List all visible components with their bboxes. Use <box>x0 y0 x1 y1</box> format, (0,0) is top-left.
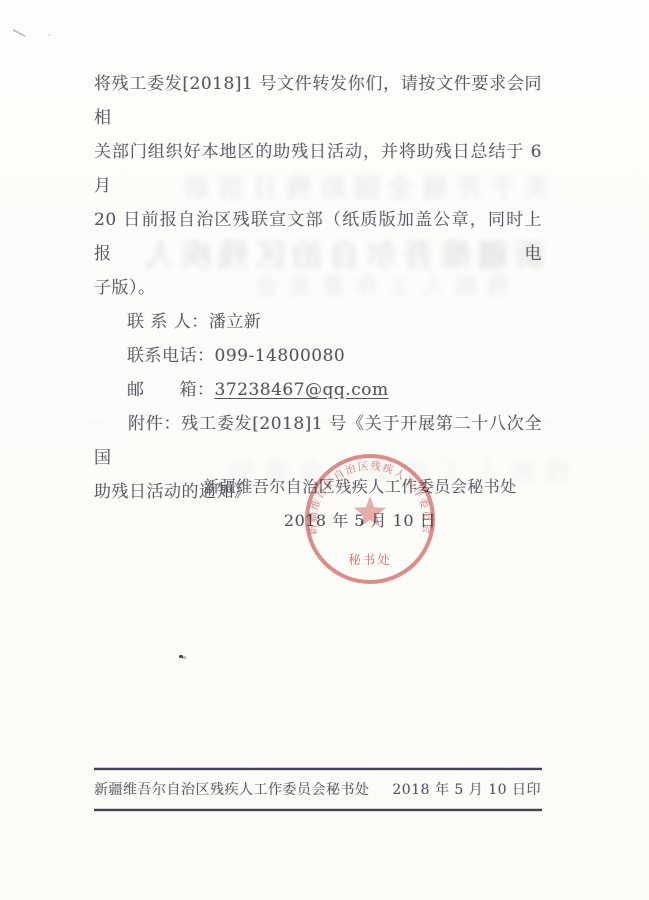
document-body: 将残工委发[2018]1 号文件转发你们，请按文件要求会同相 关部门组织好本地区… <box>94 67 542 509</box>
contact-person-value: 潘立新 <box>209 312 262 332</box>
footer-print-date: 2018 年 5 月 10 日印 <box>392 779 541 801</box>
scan-artifact-mark <box>12 29 25 37</box>
contact-person-label: 联 系 人： <box>127 312 209 332</box>
contact-phone-row: 联系电话：099-14800080 <box>94 339 542 373</box>
contact-email-label: 邮 箱： <box>127 380 215 400</box>
contact-phone-label: 联系电话： <box>127 346 215 366</box>
footer: 新疆维吾尔自治区残疾人工作委员会秘书处 2018 年 5 月 10 日印 <box>94 779 541 801</box>
footer-rule-top <box>94 768 542 770</box>
footer-org: 新疆维吾尔自治区残疾人工作委员会秘书处 <box>94 779 370 801</box>
body-line: 20 日前报自治区残联宣文部（纸质版加盖公章，同时上报电 <box>94 203 542 271</box>
contact-person-row: 联 系 人：潘立新 <box>94 305 542 339</box>
contact-email-value: 37238467@qq.com <box>215 380 389 400</box>
body-line: 关部门组织好本地区的助残日活动，并将助残日总结于 6 月 <box>94 135 542 203</box>
star-icon <box>354 496 386 527</box>
scan-artifact-speck <box>179 655 183 658</box>
scan-artifact-dot <box>48 34 51 36</box>
scanned-document-page: 关于开展全国助残日活动 新疆维吾尔自治区残疾人 残疾人工作委员会 一 一 一 一… <box>0 0 649 900</box>
body-line: 将残工委发[2018]1 号文件转发你们，请按文件要求会同相 <box>94 67 542 135</box>
footer-rule-bottom <box>94 809 542 811</box>
contact-email-row: 邮 箱：37238467@qq.com <box>94 373 542 407</box>
body-line: 子版）。 <box>94 271 542 305</box>
contact-phone-value: 099-14800080 <box>215 346 346 366</box>
official-seal: 新疆维吾尔自治区残疾人工作委员会 秘书处 · · · · · · · · · · <box>303 452 437 586</box>
